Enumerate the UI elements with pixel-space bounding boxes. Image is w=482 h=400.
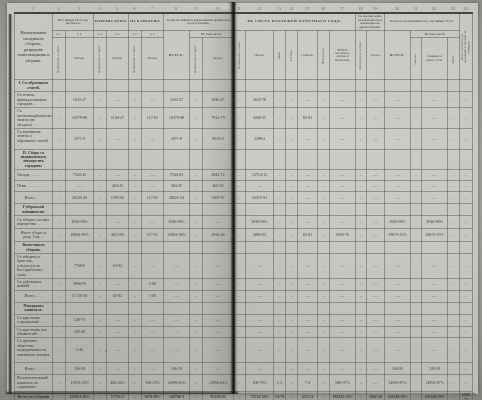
cell-empty <box>330 80 356 92</box>
cell-empty <box>142 242 164 254</box>
cell-empty <box>129 242 142 254</box>
cell-dash: — <box>330 129 356 150</box>
col-caption-assessment: Оклада. <box>203 38 234 80</box>
cell-dash: — <box>330 278 356 290</box>
col-caption-capitals-deposits: Капиталы и залоги. <box>356 31 367 80</box>
cell-value: 13935-29½ <box>66 375 94 391</box>
cell-dash: – <box>234 314 246 326</box>
cell-dash: – <box>448 108 460 129</box>
table-row: Съ земель, принадлежащихъ городамъ . . .… <box>15 92 473 108</box>
cell-dash: — <box>164 338 190 363</box>
cell-empty <box>298 80 318 92</box>
cell-dash: — <box>203 314 234 326</box>
cell-dash: — <box>107 326 129 338</box>
cell-empty <box>318 302 330 314</box>
col-caption-arrears: Недоимокъ и пени. <box>190 38 203 80</box>
cell-empty <box>460 80 473 92</box>
group-header-due: За причисленіемъ и исключеніемъ причитае… <box>164 13 234 31</box>
cell-value: 1-3 <box>274 375 286 391</box>
cell-dash: — <box>422 278 448 290</box>
cell-dash: – <box>460 278 473 290</box>
cell-dash: – <box>94 278 107 290</box>
cell-dash: — <box>246 278 274 290</box>
cell-dash: – <box>129 92 142 108</box>
cell-dash: — <box>298 278 318 290</box>
cell-dash: – <box>129 129 142 150</box>
column-number-ruler: 123456789101112131415161718192021222324 <box>14 5 472 12</box>
cell-dash: — <box>330 363 356 375</box>
cell-dash: – <box>190 181 203 192</box>
row-label: Съ крестьянъ изъ обывателей . . . <box>15 326 53 338</box>
cell-dash: – <box>274 108 286 129</box>
column-number: 18 <box>355 5 366 12</box>
cell-dash: — <box>142 216 164 229</box>
cell-dash: — <box>422 326 448 338</box>
cell-empty <box>274 242 286 254</box>
cell-dash: — <box>142 181 164 192</box>
cell-dash: – <box>94 314 107 326</box>
cell-dash: — <box>203 253 234 278</box>
cell-empty <box>129 149 142 170</box>
column-number: 22 <box>421 5 447 12</box>
cell-dash: – <box>129 216 142 229</box>
column-number: 4 <box>93 5 106 12</box>
cell-dash: – <box>53 290 66 302</box>
cell-empty <box>298 204 318 216</box>
cell-empty <box>274 204 286 216</box>
cell-dash: — <box>107 170 129 181</box>
cell-empty <box>203 204 234 216</box>
cell-dash: — <box>422 108 448 129</box>
cell-empty <box>94 242 107 254</box>
cell-dash: – <box>274 314 286 326</box>
cell-value: 463-25 <box>107 181 129 192</box>
cell-dash: – <box>448 253 460 278</box>
cell-dash: – <box>129 314 142 326</box>
cell-dash: – <box>460 253 473 278</box>
cell-empty <box>411 204 422 216</box>
cell-value: 14092-87½ <box>385 375 411 391</box>
cell-dash: — <box>142 92 164 108</box>
cell-dash: – <box>460 363 473 375</box>
cell-dash: – <box>94 253 107 278</box>
cell-empty <box>298 149 318 170</box>
cell-value: 7544-43 <box>164 170 190 181</box>
cell-empty <box>164 242 190 254</box>
cell-dash: – <box>318 338 330 363</box>
cell-dash: — <box>422 314 448 326</box>
cell-empty <box>107 80 129 92</box>
cell-dash: – <box>274 278 286 290</box>
cell-dash: – <box>411 278 422 290</box>
cell-dash: — <box>330 338 356 363</box>
table-row: Съ крестьянъ старожиловъ . . . . .–128-7… <box>15 314 473 326</box>
units-mark: р. к. <box>142 31 164 38</box>
cell-dash: – <box>234 326 246 338</box>
cell-dash: – <box>356 170 367 181</box>
cell-dash: – <box>129 229 142 242</box>
cell-dash: — <box>367 192 385 204</box>
cell-dash: – <box>448 338 460 363</box>
cell-dash: – <box>234 338 246 363</box>
cell-value: 7912-79 <box>203 108 234 129</box>
cell-value: 8014-9 <box>203 129 234 150</box>
cell-dash: – <box>448 363 460 375</box>
cell-dash: — <box>422 92 448 108</box>
group-header-transfers: По перечисленію на казначейства и переве… <box>356 13 385 31</box>
subgroup-header-incl: Въ томъ числѣ. <box>411 31 460 38</box>
cell-empty <box>330 242 356 254</box>
ledger-table: Наименованіе окладныхъ сборовъ, разрядов… <box>14 12 473 400</box>
scan-speck <box>105 350 107 352</box>
cell-empty <box>66 302 94 314</box>
cell-empty <box>448 149 460 170</box>
cell-empty <box>422 204 448 216</box>
cell-dash: – <box>190 229 203 242</box>
cell-empty <box>318 149 330 170</box>
cell-empty <box>385 149 411 170</box>
cell-empty <box>203 80 234 92</box>
cell-dash: – <box>318 216 330 229</box>
table-row: Волостныхъ сборовъ. <box>15 242 473 254</box>
cell-dash: – <box>286 170 298 181</box>
cell-dash: – <box>448 129 460 150</box>
cell-dash: — <box>385 170 411 181</box>
cell-dash: – <box>460 314 473 326</box>
cell-dash: – <box>190 363 203 375</box>
cell-empty <box>422 149 448 170</box>
cell-value: 108-79½ <box>246 375 274 391</box>
cell-dash: – <box>274 229 286 242</box>
cell-dash: – <box>356 253 367 278</box>
cell-dash: — <box>367 108 385 129</box>
cell-dash: — <box>367 338 385 363</box>
cell-dash: – <box>234 92 246 108</box>
col-caption-towns: Города. <box>367 31 385 80</box>
cell-dash: – <box>448 229 460 242</box>
cell-dash: — <box>367 129 385 150</box>
cell-dash: – <box>411 363 422 375</box>
cell-dash: – <box>129 278 142 290</box>
group-header-excluded: ИСКЛЮЧЕНО. <box>129 13 164 31</box>
cell-empty <box>274 80 286 92</box>
cell-dash: — <box>385 314 411 326</box>
cell-dash: – <box>234 278 246 290</box>
cell-dash: – <box>286 375 298 391</box>
cell-dash: – <box>53 108 66 129</box>
cell-dash: — <box>385 338 411 363</box>
cell-value: 463-25 <box>203 181 234 192</box>
cell-value: 2842-72 <box>203 170 234 181</box>
cell-dash: – <box>411 253 422 278</box>
cell-dash: – <box>448 216 460 229</box>
cell-dash: – <box>448 181 460 192</box>
cell-empty <box>274 302 286 314</box>
cell-dash: – <box>94 229 107 242</box>
cell-dash: – <box>318 92 330 108</box>
units-mark: р. к. <box>107 31 129 38</box>
units-mark: р. к. <box>129 31 142 38</box>
row-label: Съ казенныхъ земель и оброчныхъ статей .… <box>15 129 53 150</box>
column-number: 19 <box>366 5 384 12</box>
col-caption-excluded: Исключено. <box>318 31 330 80</box>
cell-dash: – <box>411 326 422 338</box>
cell-dash: – <box>411 338 422 363</box>
cell-empty <box>286 242 298 254</box>
row-label: Оклада . . . . . . . . <box>15 170 53 181</box>
cell-value: 16379-98 <box>164 108 190 129</box>
cell-empty <box>448 204 460 216</box>
cell-dash: – <box>53 314 66 326</box>
cell-empty <box>107 149 129 170</box>
cell-empty <box>286 149 298 170</box>
cell-value: 4613-92 <box>107 229 129 242</box>
cell-dash: – <box>234 108 246 129</box>
cell-dash: – <box>318 290 330 302</box>
row-label: Съ крестьянъ старожиловъ . . . . . <box>15 314 53 326</box>
cell-dash: – <box>274 192 286 204</box>
cell-dash: – <box>53 92 66 108</box>
col-caption-total-received: ВСЕГО поступило, зачтено и исключено. <box>330 31 356 80</box>
cell-empty <box>107 302 129 314</box>
cell-empty <box>411 302 422 314</box>
cell-dash: – <box>460 290 473 302</box>
cell-dash: – <box>318 278 330 290</box>
cell-value: 1-40 <box>66 338 94 363</box>
cell-dash: — <box>66 181 94 192</box>
cell-empty <box>422 80 448 92</box>
cell-empty <box>234 149 246 170</box>
cell-empty <box>66 149 94 170</box>
table-row: I. Съ оброчныхъ статей. <box>15 80 473 92</box>
cell-empty <box>385 302 411 314</box>
cell-dash: — <box>367 290 385 302</box>
cell-dash: — <box>330 216 356 229</box>
cell-value: 29664-89½ <box>66 229 94 242</box>
cell-dash: – <box>94 375 107 391</box>
cell-dash: – <box>411 92 422 108</box>
cell-dash: – <box>286 92 298 108</box>
cell-value: 32962-98½ <box>164 229 190 242</box>
cell-empty <box>246 302 274 314</box>
cell-dash: – <box>190 314 203 326</box>
cell-empty <box>129 204 142 216</box>
cell-dash: – <box>94 363 107 375</box>
table-row: Вспомогательный капиталъ на содержаніе .… <box>15 375 473 391</box>
cell-empty <box>142 302 164 314</box>
cell-empty <box>460 302 473 314</box>
cell-empty <box>203 242 234 254</box>
cell-dash: — <box>367 170 385 181</box>
cell-dash: — <box>142 314 164 326</box>
row-label: I. Съ оброчныхъ статей. <box>15 80 53 92</box>
cell-dash: — <box>142 129 164 150</box>
cell-dash: – <box>411 375 422 391</box>
cell-value: 3968-59 <box>66 278 94 290</box>
cell-dash: – <box>94 216 107 229</box>
cell-value: 117-81 <box>142 192 164 204</box>
cell-value: 4593-70 <box>330 229 356 242</box>
cell-dash: – <box>53 192 66 204</box>
cell-dash: – <box>53 129 66 150</box>
column-number: 3 <box>65 5 93 12</box>
group-header-opening-balance: На 1 января 1912 года числилось: <box>53 13 94 31</box>
cell-value: 482-34½ <box>107 375 129 391</box>
cell-dash: – <box>190 375 203 391</box>
cell-dash: – <box>129 253 142 278</box>
cell-empty <box>286 80 298 92</box>
cell-dash: — <box>203 216 234 229</box>
cell-value: 1871-9 <box>164 129 190 150</box>
cell-value: 63-92 <box>107 290 129 302</box>
cell-empty <box>164 204 190 216</box>
cell-dash: — <box>385 192 411 204</box>
cell-dash: — <box>422 170 448 181</box>
column-number: 17 <box>329 5 355 12</box>
column-number: 8 <box>163 5 189 12</box>
row-label: Итого . . . . <box>15 363 53 375</box>
cell-dash: — <box>298 129 318 150</box>
cell-empty <box>356 302 367 314</box>
cell-dash: – <box>190 92 203 108</box>
cell-dash: – <box>448 290 460 302</box>
cell-dash: — <box>107 363 129 375</box>
row-label: Съ мѣщанъ и братствъ, осѣдлости по Бесса… <box>15 253 53 278</box>
cell-dash: – <box>234 192 246 204</box>
cell-empty <box>411 80 422 92</box>
cell-empty <box>330 204 356 216</box>
cell-value: 16315-91 <box>246 192 274 204</box>
cell-empty <box>367 204 385 216</box>
cell-empty <box>318 204 330 216</box>
cell-dash: — <box>107 129 129 150</box>
cell-empty <box>94 204 107 216</box>
cell-dash: – <box>129 326 142 338</box>
cell-empty <box>234 204 246 216</box>
column-number: 13 <box>273 5 285 12</box>
cell-dash: – <box>190 326 203 338</box>
col-caption-total-arrears: ВСЕГО. <box>385 31 411 80</box>
col-caption-total-due: ВСЕГО. <box>164 31 190 80</box>
cell-dash: – <box>356 278 367 290</box>
cell-dash: – <box>448 375 460 391</box>
col-caption-arrears: Недоимокъ и пени. <box>129 38 142 80</box>
group-header-arrears-1913: Осталось въ недоимкахъ къ 1-му января 19… <box>385 13 460 31</box>
col-caption-penalties: Пени. <box>448 38 460 80</box>
cell-dash: — <box>330 290 356 302</box>
cell-dash: – <box>286 192 298 204</box>
cell-dash: – <box>411 192 422 204</box>
cell-dash: — <box>367 375 385 391</box>
cell-dash: — <box>246 338 274 363</box>
cell-dash: — <box>367 181 385 192</box>
cell-dash: — <box>422 253 448 278</box>
cell-value: 2934-46 <box>203 229 234 242</box>
table-row: Съ крестьянъ изъ обывателей . . .–235-46… <box>15 326 473 338</box>
cell-dash: — <box>330 253 356 278</box>
cell-empty <box>164 302 190 314</box>
row-label: Съ частновладѣльческихъ земель (въ уѣзда… <box>15 108 53 129</box>
cell-dash: – <box>286 278 298 290</box>
cell-empty <box>129 302 142 314</box>
cell-empty <box>356 242 367 254</box>
cell-empty <box>53 80 66 92</box>
cell-dash: – <box>286 229 298 242</box>
column-number: 7 <box>141 5 163 12</box>
cell-dash: – <box>190 278 203 290</box>
cell-value: 7768-6 <box>66 253 94 278</box>
cell-value: 13996-64½ <box>203 375 234 391</box>
cell-empty <box>142 80 164 92</box>
cell-dash: — <box>330 170 356 181</box>
row-label: Съ удѣльныхъ имѣній . . . . <box>15 278 53 290</box>
cell-dash: – <box>129 290 142 302</box>
cell-dash: – <box>94 129 107 150</box>
cell-value: 1633-27 <box>66 92 94 108</box>
cell-dash: – <box>53 253 66 278</box>
cell-dash: – <box>448 192 460 204</box>
cell-dash: — <box>367 314 385 326</box>
cell-dash: – <box>274 92 286 108</box>
cell-value: 1-60 <box>142 278 164 290</box>
cell-dash: — <box>367 326 385 338</box>
cell-dash: — <box>385 326 411 338</box>
cell-empty <box>234 242 246 254</box>
cell-empty <box>274 149 286 170</box>
cell-dash: – <box>318 253 330 278</box>
column-number: 10 <box>202 5 233 12</box>
table-row: II. Сборъ съ недвижимыхъ имуществъ город… <box>15 149 473 170</box>
column-number: 12 <box>245 5 273 12</box>
cell-dash: — <box>330 192 356 204</box>
cell-dash: – <box>460 170 473 181</box>
cell-value: 2926-90½ <box>385 216 411 229</box>
cell-value: 117-81 <box>142 229 164 242</box>
cell-dash: — <box>142 326 164 338</box>
cell-empty <box>190 204 203 216</box>
cell-dash: — <box>385 253 411 278</box>
cell-empty <box>367 242 385 254</box>
cell-empty <box>367 80 385 92</box>
cell-dash: – <box>286 338 298 363</box>
cell-dash: — <box>246 363 274 375</box>
cell-empty <box>164 149 190 170</box>
cell-dash: – <box>274 129 286 150</box>
cell-dash: — <box>422 192 448 204</box>
row-label: Вспомогательный капиталъ на содержаніе .… <box>15 375 53 391</box>
cell-empty <box>94 80 107 92</box>
cell-dash: — <box>298 290 318 302</box>
cell-empty <box>422 302 448 314</box>
cell-empty <box>385 242 411 254</box>
cell-dash: — <box>107 314 129 326</box>
cell-dash: — <box>164 278 190 290</box>
cell-dash: – <box>286 216 298 229</box>
units-mark: р. к. <box>66 31 94 38</box>
cell-dash: – <box>318 181 330 192</box>
cell-dash: — <box>107 216 129 229</box>
cell-empty <box>460 204 473 216</box>
cell-dash: – <box>234 253 246 278</box>
cell-dash: – <box>190 338 203 363</box>
subgroup-header-incl: Въ томъ числѣ. <box>190 31 234 38</box>
cell-dash: – <box>411 129 422 150</box>
cell-dash: – <box>460 129 473 150</box>
cell-empty <box>203 302 234 314</box>
cell-dash: – <box>234 229 246 242</box>
cell-dash: — <box>298 326 318 338</box>
cell-empty <box>66 242 94 254</box>
